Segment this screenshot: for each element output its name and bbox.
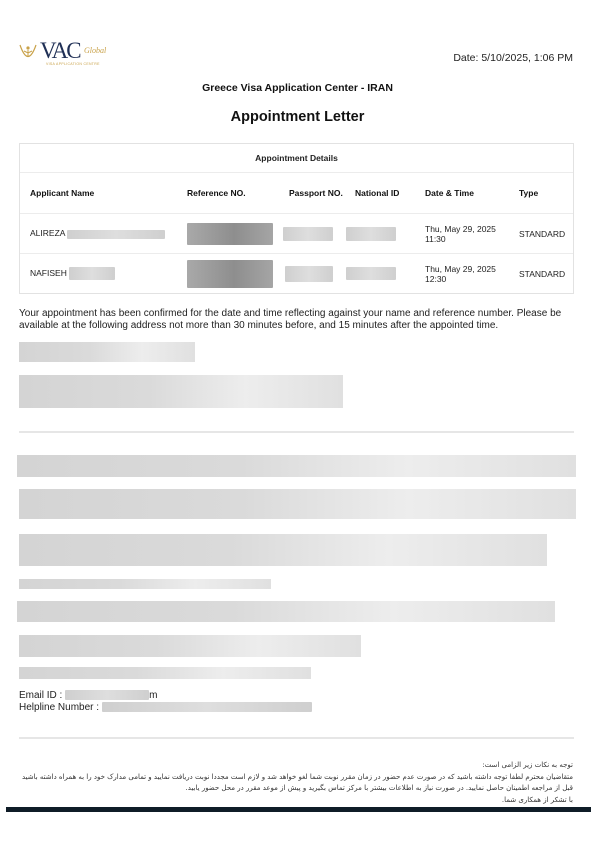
logo-brand-suffix: Global [84, 46, 106, 55]
email-label: Email ID : [19, 690, 62, 701]
redacted-instruction [19, 635, 361, 657]
table-header-row: Applicant Name Reference NO. Passport NO… [20, 173, 573, 214]
persian-note-line: متقاضیان محترم لطفا توجه داشته باشید که … [20, 772, 573, 784]
logo-brand: VAC [40, 38, 80, 64]
table-row: NAFISEH Thu, May 29, 202512:30 STANDARD [20, 254, 573, 294]
redacted-passport [285, 266, 333, 282]
persian-note-line: با تشکر از همکاری شما. [20, 795, 573, 807]
col-passport-no: Passport NO. [279, 173, 345, 214]
passport-cell [279, 214, 345, 254]
col-reference-no: Reference NO. [177, 173, 279, 214]
persian-note-heading: توجه به نکات زیر الزامی است: [20, 760, 573, 772]
appointment-date: Thu, May 29, 2025 [425, 224, 509, 234]
redacted-surname [69, 267, 115, 280]
national-id-cell [345, 254, 415, 294]
contact-info: Email ID : m Helpline Number : [19, 690, 312, 713]
vac-logo-icon [18, 42, 38, 64]
redacted-national-id [346, 267, 396, 280]
national-id-cell [345, 214, 415, 254]
redacted-instruction [17, 601, 555, 622]
date-time-cell: Thu, May 29, 202511:30 [415, 214, 509, 254]
col-date-time: Date & Time [415, 173, 509, 214]
redacted-instruction [19, 534, 547, 566]
reference-cell [177, 214, 279, 254]
col-applicant-name: Applicant Name [20, 173, 177, 214]
redacted-email [65, 690, 149, 700]
table-row: ALIREZA Thu, May 29, 202511:30 STANDARD [20, 214, 573, 254]
appointment-time: 11:30 [425, 234, 509, 244]
col-national-id: National ID [345, 173, 415, 214]
appointment-date: Thu, May 29, 2025 [425, 264, 509, 274]
col-type: Type [509, 173, 573, 214]
persian-note-line: قبل از مراجعه اطمینان حاصل نمایید. در صو… [20, 783, 573, 795]
confirmation-text: Your appointment has been confirmed for … [19, 308, 579, 332]
email-line: Email ID : m [19, 690, 312, 702]
applicant-name-cell: ALIREZA [20, 214, 177, 254]
vac-global-logo: VAC Global VISA APPLICATION CENTRE [18, 40, 118, 70]
redacted-instruction [19, 667, 311, 679]
applicant-name: NAFISEH [30, 268, 67, 278]
footer-bar [6, 807, 591, 812]
appointment-time: 12:30 [425, 274, 509, 284]
page-title: Appointment Letter [0, 109, 595, 125]
helpline-label: Helpline Number : [19, 702, 99, 713]
redacted-reference [187, 260, 273, 288]
redacted-national-id [346, 227, 396, 241]
redacted-reference [187, 223, 273, 245]
letter-date: Date: 5/10/2025, 1:06 PM [453, 52, 573, 64]
persian-note: توجه به نکات زیر الزامی است: متقاضیان مح… [20, 760, 573, 806]
divider [19, 431, 574, 433]
divider [19, 737, 574, 739]
appointment-details-table: Appointment Details Applicant Name Refer… [19, 143, 574, 294]
passport-cell [279, 254, 345, 294]
col-passport-label: Passport NO. [289, 188, 343, 198]
redacted-surname [67, 230, 165, 239]
reference-cell [177, 254, 279, 294]
redacted-instruction [17, 455, 576, 477]
redacted-address-line [19, 342, 195, 362]
center-name: Greece Visa Application Center - IRAN [0, 82, 595, 94]
date-time-cell: Thu, May 29, 202512:30 [415, 254, 509, 294]
helpline-line: Helpline Number : [19, 702, 312, 714]
type-cell: STANDARD [509, 214, 573, 254]
applicant-name-cell: NAFISEH [20, 254, 177, 294]
redacted-instruction [19, 489, 576, 519]
redacted-instruction [19, 579, 271, 589]
type-cell: STANDARD [509, 254, 573, 294]
table-caption: Appointment Details [20, 144, 573, 173]
logo-tagline: VISA APPLICATION CENTRE [46, 62, 100, 66]
redacted-address-block [19, 375, 343, 408]
redacted-helpline [102, 702, 312, 712]
applicant-name: ALIREZA [30, 228, 65, 238]
redacted-passport [283, 227, 333, 241]
email-tail: m [149, 690, 157, 701]
